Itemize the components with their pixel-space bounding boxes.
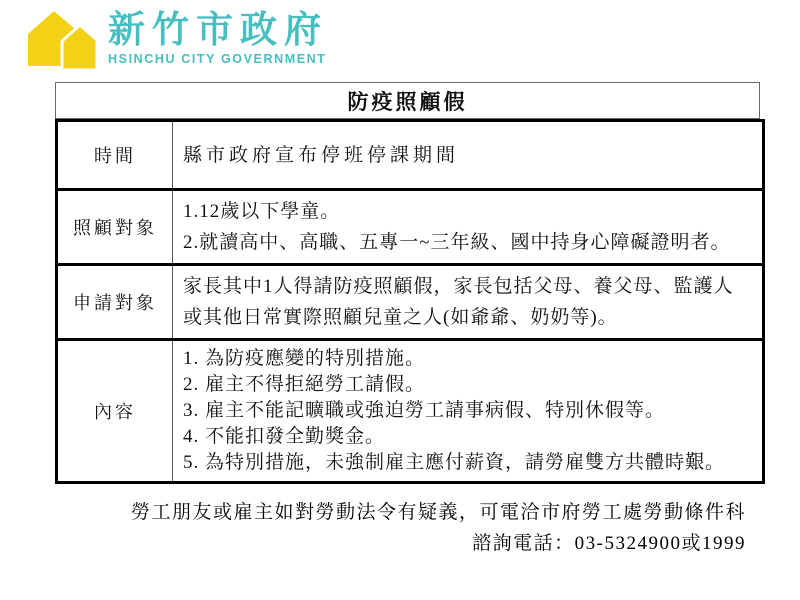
- footer-line-1: 勞工朋友或雇主如對勞動法令有疑義，可電洽市府勞工處勞動條件科: [55, 497, 746, 528]
- leave-info-table: 防疫照顧假 時間 縣市政府宣布停班停課期間 照顧對象 1.12歲以下學童。 2.…: [55, 82, 765, 484]
- row-label-care-targets: 照顧對象: [58, 191, 173, 263]
- content-line: 家長其中1人得請防疫照顧假，家長包括父母、養父母、監護人或其他日常實際照顧兒童之…: [183, 271, 752, 333]
- logo-text-block: 新竹市政府 HSINCHU CITY GOVERNMENT: [108, 8, 328, 66]
- content-line: 3. 雇主不能記曠職或強迫勞工請事病假、特別休假等。: [183, 398, 752, 424]
- table-title: 防疫照顧假: [55, 82, 760, 119]
- org-name: 新竹市政府: [108, 12, 328, 50]
- row-content-details: 1. 為防疫應變的特別措施。 2. 雇主不得拒絕勞工請假。 3. 雇主不能記曠職…: [173, 341, 762, 481]
- row-content-applicants: 家長其中1人得請防疫照顧假，家長包括父母、養父母、監護人或其他日常實際照顧兒童之…: [173, 266, 762, 338]
- footer-line-2: 諮詢電話：03-5324900或1999: [55, 528, 746, 559]
- row-content-care-targets: 1.12歲以下學童。 2.就讀高中、高職、五專一~三年級、國中持身心障礙證明者。: [173, 191, 762, 263]
- content-line: 縣市政府宣布停班停課期間: [183, 142, 752, 169]
- row-label-applicants: 申請對象: [58, 266, 173, 338]
- table-row-applicants: 申請對象 家長其中1人得請防疫照顧假，家長包括父母、養父母、監護人或其他日常實際…: [55, 263, 765, 341]
- content-line: 4. 不能扣發全勤獎金。: [183, 424, 752, 450]
- content-line: 2. 雇主不得拒絕勞工請假。: [183, 372, 752, 398]
- content-line: 2.就讀高中、高職、五專一~三年級、國中持身心障礙證明者。: [183, 227, 752, 258]
- table-row-care-targets: 照顧對象 1.12歲以下學童。 2.就讀高中、高職、五專一~三年級、國中持身心障…: [55, 188, 765, 266]
- row-label-details: 內容: [58, 341, 173, 481]
- row-label-time: 時間: [58, 122, 173, 188]
- org-name-english: HSINCHU CITY GOVERNMENT: [108, 52, 328, 66]
- content-line: 1.12歲以下學童。: [183, 196, 752, 227]
- table-row-details: 內容 1. 為防疫應變的特別措施。 2. 雇主不得拒絕勞工請假。 3. 雇主不能…: [55, 338, 765, 484]
- house-logo-icon: [26, 8, 98, 70]
- content-line: 1. 為防疫應變的特別措施。: [183, 346, 752, 372]
- footer-note: 勞工朋友或雇主如對勞動法令有疑義，可電洽市府勞工處勞動條件科 諮詢電話：03-5…: [55, 497, 746, 559]
- table-row-time: 時間 縣市政府宣布停班停課期間: [55, 119, 765, 191]
- content-line: 5. 為特別措施，未強制雇主應付薪資，請勞雇雙方共體時艱。: [183, 450, 752, 476]
- table-body: 時間 縣市政府宣布停班停課期間 照顧對象 1.12歲以下學童。 2.就讀高中、高…: [55, 119, 765, 484]
- row-content-time: 縣市政府宣布停班停課期間: [173, 122, 762, 188]
- government-logo: 新竹市政府 HSINCHU CITY GOVERNMENT: [26, 8, 328, 70]
